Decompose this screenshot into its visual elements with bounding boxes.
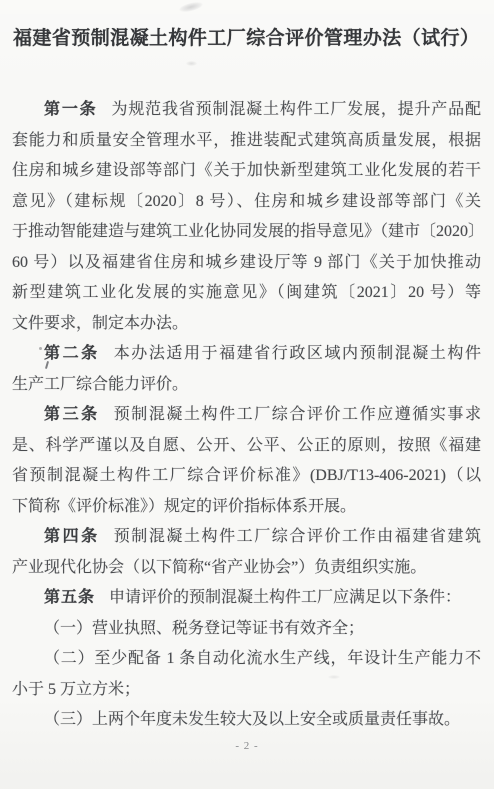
text-line: 住房和城乡建设部等部门《关于加快新型建筑工业化发展的若干 — [12, 156, 481, 187]
scanned-document-page: 福建省预制混凝土构件工厂综合评价管理办法（试行） 第一条为规范我省预制混凝土构件… — [0, 0, 494, 789]
text-line: 小于 5 万立方米； — [12, 675, 481, 706]
article-number: 第三条 — [44, 406, 100, 423]
scan-smudge — [186, 61, 197, 66]
text-line: 下简称《评价标准》）规定的评价指标体系开展。 — [12, 492, 481, 523]
text-line: 第二条本办法适用于福建省行政区域内预制混凝土构件 — [12, 339, 481, 370]
text-line: 是、科学严谨以及自愿、公开、公平、公正的原则，按照《福建 — [12, 431, 481, 462]
text-line: 生产工厂综合能力评价。 — [12, 370, 481, 401]
article-number: 第四条 — [44, 528, 100, 545]
text-line: 60 号）以及福建省住房和城乡建设厅等 9 部门《关于加快推动 — [12, 248, 481, 279]
text-line: （三）上两个年度未发生较大及以上安全或质量责任事故。 — [12, 705, 481, 736]
text-line: 产业现代化协会（以下简称“省产业协会”）负责组织实施。 — [12, 553, 481, 584]
text-line: 第五条申请评价的预制混凝土构件工厂应满足以下条件： — [12, 583, 481, 614]
scan-smudge — [178, 0, 203, 14]
text-line: 于推动智能建造与建筑工业化协同发展的指导意见》（建市〔2020〕 — [12, 217, 481, 248]
text-line: 第一条为规范我省预制混凝土构件工厂发展，提升产品配 — [12, 95, 481, 126]
text-line: 文件要求，制定本办法。 — [12, 309, 481, 340]
page-number: - 2 - — [0, 740, 494, 752]
article-number: 第五条 — [44, 589, 95, 606]
text-line: 第四条预制混凝土构件工厂综合评价工作由福建省建筑 — [12, 522, 481, 553]
text-line: 第三条预制混凝土构件工厂综合评价工作应遵循实事求 — [12, 400, 481, 431]
text-line: 套能力和质量安全管理水平，推进装配式建筑高质量发展，根据 — [12, 126, 481, 157]
text-line: 省预制混凝土构件工厂综合评价标准》(DBJ/T13-406-2021)（以 — [12, 461, 481, 492]
text-line: （一）营业执照、税务登记等证书有效齐全； — [12, 614, 481, 645]
article-number: 第二条 — [44, 345, 100, 362]
document-title: 福建省预制混凝土构件工厂综合评价管理办法（试行） — [13, 25, 479, 52]
text-line: （二）至少配备 1 条自动化流水生产线，年设计生产能力不 — [12, 644, 481, 675]
text-line: 意见》（建标规〔2020〕8 号）、住房和城乡建设部等部门《关 — [12, 187, 481, 218]
document-body: 第一条为规范我省预制混凝土构件工厂发展，提升产品配套能力和质量安全管理水平，推进… — [12, 95, 481, 736]
article-number: 第一条 — [44, 101, 98, 118]
text-line: 新型建筑工业化发展的实施意见》（闽建筑〔2021〕20 号）等 — [12, 278, 481, 309]
